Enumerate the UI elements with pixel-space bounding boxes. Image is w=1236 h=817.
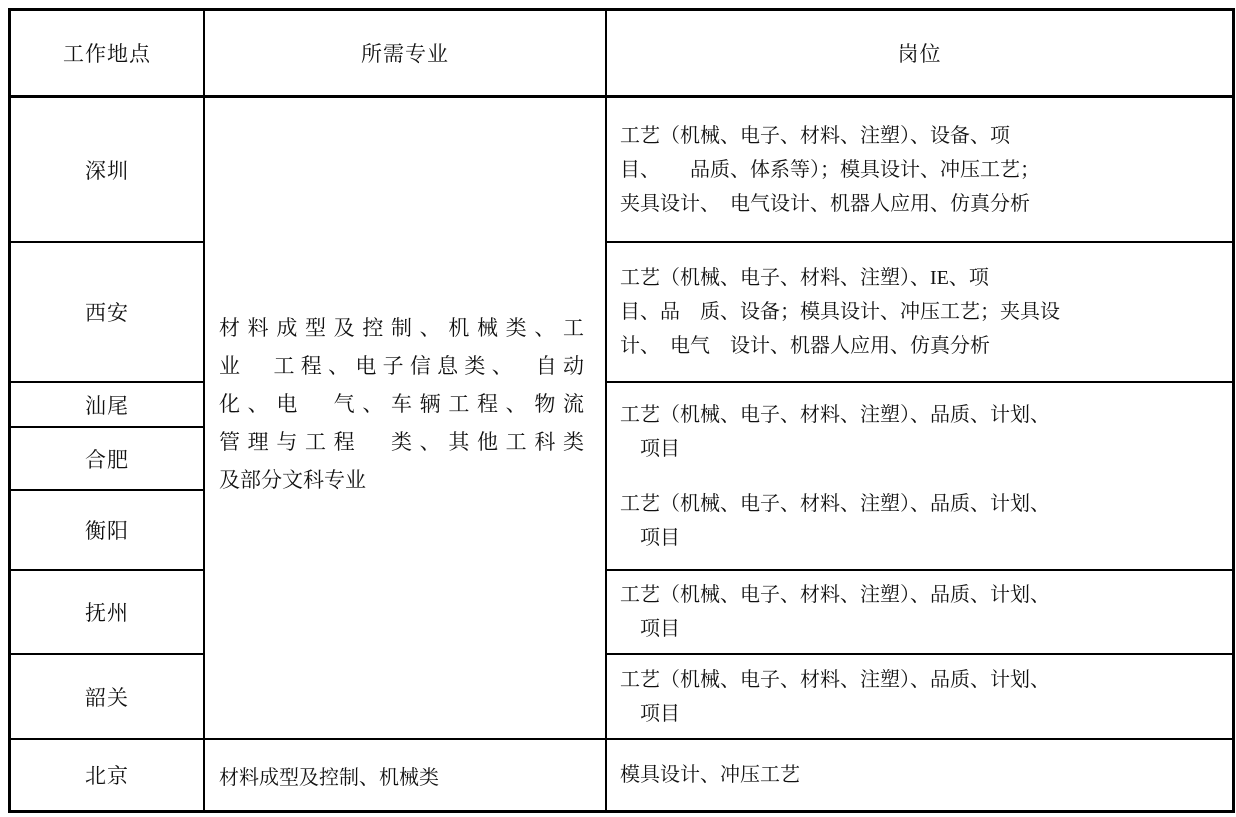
cell-positions-beijing: 模具设计、冲压工艺 bbox=[607, 740, 1232, 810]
recruitment-table: 工作地点 所需专业 岗位 深圳 西安 汕尾 合肥 衡阳 抚州 韶关 bbox=[8, 8, 1235, 813]
cell-location-shanwei: 汕尾 bbox=[11, 383, 205, 428]
cell-majors-merged: 材料成型及控制、机械类、工 业 工程、电子信息类、 自动 化、电 气、车辆工程、… bbox=[205, 98, 607, 740]
cell-location-fuzhou: 抚州 bbox=[11, 571, 205, 655]
header-cell-majors: 所需专业 bbox=[205, 11, 607, 98]
location-label: 衡阳 bbox=[85, 515, 129, 545]
majors-line: 及部分文科专业 bbox=[219, 461, 584, 499]
header-cell-location: 工作地点 bbox=[11, 11, 205, 98]
cell-positions-shenzhen: 工艺（机械、电子、材料、注塑）、设备、项 目、 品质、体系等）；模具设计、冲压工… bbox=[607, 98, 1232, 243]
header-majors-label: 所需专业 bbox=[361, 38, 449, 68]
majors-line: 管理与工程 类、其他工科类 bbox=[219, 423, 584, 461]
location-label: 西安 bbox=[85, 297, 129, 327]
recruitment-table-wrapper: 工作地点 所需专业 岗位 深圳 西安 汕尾 合肥 衡阳 抚州 韶关 bbox=[8, 8, 1235, 813]
header-positions-label: 岗位 bbox=[898, 38, 942, 68]
cell-location-hefei: 合肥 bbox=[11, 428, 205, 491]
cell-location-shaoguan: 韶关 bbox=[11, 655, 205, 740]
cell-location-xian: 西安 bbox=[11, 243, 205, 383]
cell-positions-shanwei-hefei-hengyang: 工艺（机械、电子、材料、注塑）、品质、计划、 项目 工艺（机械、电子、材料、注塑… bbox=[607, 383, 1232, 571]
cell-location-shenzhen: 深圳 bbox=[11, 98, 205, 243]
positions-text: 工艺（机械、电子、材料、注塑）、IE、项 目、品 质、设备；模具设计、冲压工艺；… bbox=[620, 261, 1216, 363]
positions-text: 工艺（机械、电子、材料、注塑）、品质、计划、 项目 bbox=[620, 578, 1216, 646]
positions-text: 工艺（机械、电子、材料、注塑）、设备、项 目、 品质、体系等）；模具设计、冲压工… bbox=[620, 119, 1216, 221]
location-label: 深圳 bbox=[85, 155, 129, 185]
cell-location-hengyang: 衡阳 bbox=[11, 491, 205, 571]
location-label: 汕尾 bbox=[85, 390, 129, 420]
majors-line: 材料成型及控制、机械类、工 bbox=[219, 309, 584, 347]
cell-majors-beijing: 材料成型及控制、机械类 bbox=[205, 740, 607, 810]
location-label: 北京 bbox=[85, 760, 129, 790]
positions-text: 工艺（机械、电子、材料、注塑）、品质、计划、 项目 bbox=[620, 398, 1216, 466]
location-label: 韶关 bbox=[85, 682, 129, 712]
header-location-label: 工作地点 bbox=[63, 38, 151, 68]
majors-line: 化、电 气、车辆工程、物流 bbox=[219, 385, 584, 423]
location-label: 抚州 bbox=[85, 597, 129, 627]
positions-text: 工艺（机械、电子、材料、注塑）、品质、计划、 项目 bbox=[620, 663, 1216, 731]
majors-line: 业 工程、电子信息类、 自动 bbox=[219, 347, 584, 385]
positions-text: 工艺（机械、电子、材料、注塑）、品质、计划、 项目 bbox=[620, 487, 1216, 555]
cell-positions-shaoguan: 工艺（机械、电子、材料、注塑）、品质、计划、 项目 bbox=[607, 655, 1232, 740]
header-cell-positions: 岗位 bbox=[607, 11, 1232, 98]
majors-beijing-text: 材料成型及控制、机械类 bbox=[219, 761, 595, 790]
location-label: 合肥 bbox=[85, 444, 129, 474]
cell-location-beijing: 北京 bbox=[11, 740, 205, 810]
positions-text: 模具设计、冲压工艺 bbox=[620, 758, 1216, 792]
cell-positions-xian: 工艺（机械、电子、材料、注塑）、IE、项 目、品 质、设备；模具设计、冲压工艺；… bbox=[607, 243, 1232, 383]
cell-positions-fuzhou: 工艺（机械、电子、材料、注塑）、品质、计划、 项目 bbox=[607, 571, 1232, 655]
